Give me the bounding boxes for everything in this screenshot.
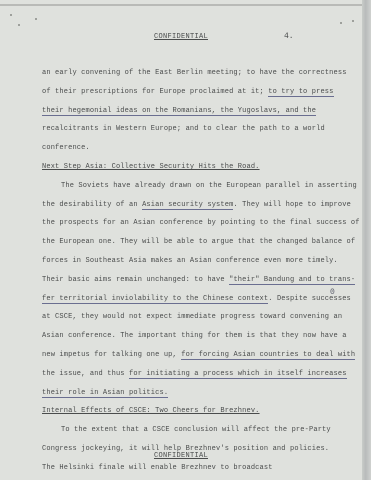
scan-speck bbox=[35, 18, 37, 20]
document-body: an early convening of the East Berlin me… bbox=[42, 64, 342, 478]
classification-footer: CONFIDENTIAL bbox=[154, 452, 208, 460]
text-segment: of their prescriptions for Europe procla… bbox=[42, 88, 268, 96]
text-line: their hegemonial ideas on the Romanians,… bbox=[42, 102, 342, 121]
text-line: the European one. They will be able to a… bbox=[42, 233, 342, 252]
text-segment: the desirability of an bbox=[42, 201, 142, 209]
handwritten-underline-segment: "their" Bandung and to trans- bbox=[229, 276, 355, 285]
text-segment: . They will hope to improve bbox=[233, 201, 350, 209]
text-line: forces in Southeast Asia makes an Asian … bbox=[42, 252, 342, 271]
page-top-edge bbox=[0, 4, 362, 6]
text-segment: the issue, and thus bbox=[42, 370, 129, 378]
section-heading-internal-effects: Internal Effects of CSCE: Two Cheers for… bbox=[42, 402, 342, 421]
handwritten-underline-segment: fer territorial inviolability to the Chi… bbox=[42, 295, 268, 304]
text-line: conference. bbox=[42, 139, 342, 158]
handwritten-underline-segment: for initiating a process which in itself… bbox=[129, 370, 347, 379]
handwritten-underline-segment: their role in Asian politics. bbox=[42, 389, 168, 398]
text-segment: Their basic aims remain unchanged: to ha… bbox=[42, 276, 229, 284]
page-right-edge bbox=[362, 0, 371, 480]
text-line: at CSCE, they would not expect immediate… bbox=[42, 308, 342, 327]
page-footer: CONFIDENTIAL bbox=[0, 452, 362, 460]
handwritten-underline-segment: their hegemonial ideas on the Romanians,… bbox=[42, 107, 316, 116]
text-line: fer territorial inviolability to the Chi… bbox=[42, 290, 342, 309]
scan-speck bbox=[352, 20, 354, 22]
text-line: their role in Asian politics. bbox=[42, 384, 342, 403]
margin-annotation-mark: 0 bbox=[330, 288, 335, 297]
text-line: of their prescriptions for Europe procla… bbox=[42, 83, 342, 102]
page-number: 4. bbox=[284, 32, 294, 41]
handwritten-underline-segment: to try to press bbox=[268, 88, 333, 97]
text-line: the issue, and thus for initiating a pro… bbox=[42, 365, 342, 384]
text-segment: . Despite successes bbox=[268, 295, 351, 303]
document-page: CONFIDENTIAL 4. an early convening of th… bbox=[0, 0, 362, 480]
scan-speck bbox=[18, 24, 20, 26]
text-line: recalcitrants in Western Europe; and to … bbox=[42, 120, 342, 139]
text-line: the desirability of an Asian security sy… bbox=[42, 196, 342, 215]
scan-speck bbox=[340, 22, 342, 24]
text-line: new impetus for talking one up, for forc… bbox=[42, 346, 342, 365]
text-line: the prospects for an Asian conference by… bbox=[42, 214, 342, 233]
text-line: The Soviets have already drawn on the Eu… bbox=[42, 177, 342, 196]
text-line: Asian conference. The important thing fo… bbox=[42, 327, 342, 346]
section-heading-asia: Next Step Asia: Collective Security Hits… bbox=[42, 158, 342, 177]
scan-speck bbox=[10, 14, 12, 16]
text-line: The Helsinki finale will enable Brezhnev… bbox=[42, 459, 342, 478]
page-header: CONFIDENTIAL bbox=[0, 33, 362, 41]
text-line: To the extent that a CSCE conclusion wil… bbox=[42, 421, 342, 440]
classification-header: CONFIDENTIAL bbox=[154, 33, 208, 41]
handwritten-underline-segment: Asian security system bbox=[142, 201, 233, 210]
text-line: Their basic aims remain unchanged: to ha… bbox=[42, 271, 342, 290]
handwritten-underline-segment: for forcing Asian countries to deal with bbox=[181, 351, 355, 360]
text-segment: new impetus for talking one up, bbox=[42, 351, 181, 359]
text-line: an early convening of the East Berlin me… bbox=[42, 64, 342, 83]
